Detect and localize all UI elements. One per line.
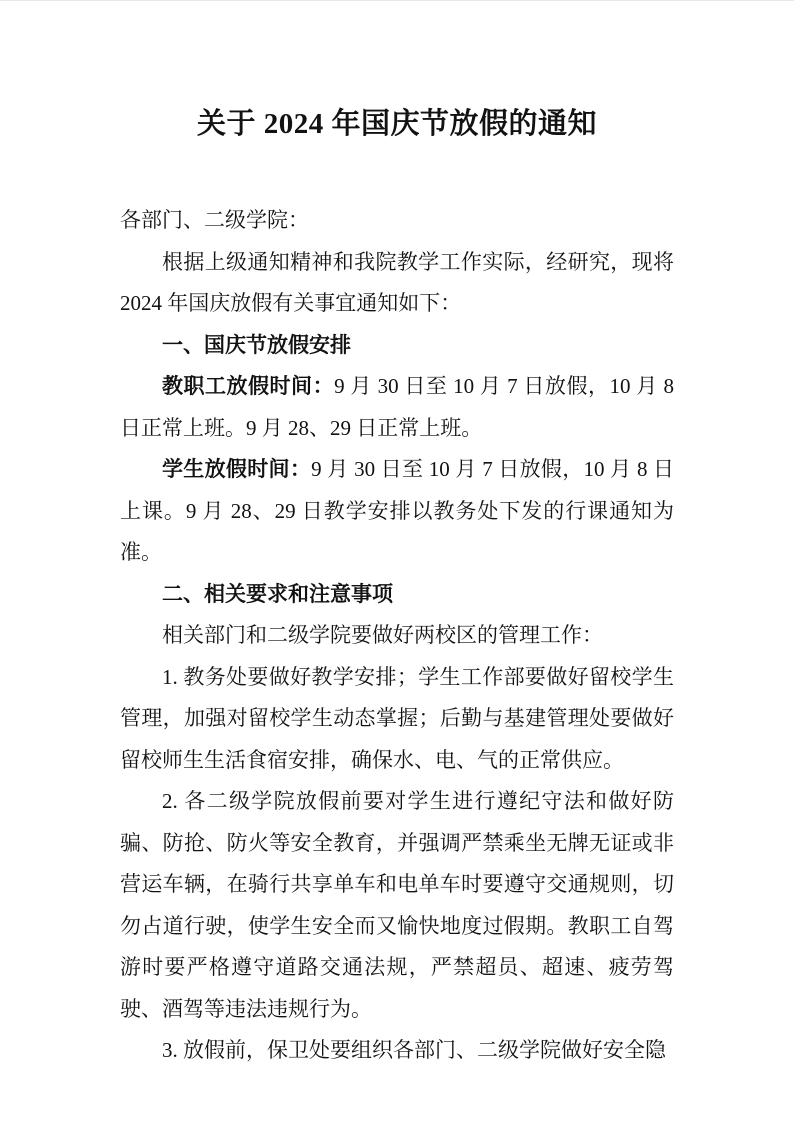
intro-paragraph: 根据上级通知精神和我院教学工作实际，经研究，现将 2024 年国庆放假有关事宜通… [120,242,674,325]
student-holiday-label: 学生放假时间： [162,457,311,481]
section2-item2-paragraph: 2. 各二级学院放假前要对学生进行遵纪守法和做好防骗、防抢、防火等安全教育，并强… [120,781,674,1030]
staff-holiday-label: 教职工放假时间： [162,374,334,398]
salutation: 各部门、二级学院： [120,200,674,242]
section2-heading: 二、相关要求和注意事项 [120,574,674,616]
section2-item3-paragraph: 3. 放假前，保卫处要组织各部门、二级学院做好安全隐 [120,1030,674,1072]
section1-heading: 一、国庆节放假安排 [120,325,674,367]
section2-lead-paragraph: 相关部门和二级学院要做好两校区的管理工作： [120,615,674,657]
section2-item1-paragraph: 1. 教务处要做好教学安排；学生工作部要做好留校学生管理，加强对留校学生动态掌握… [120,657,674,782]
document-page: 关于 2024 年国庆节放假的通知 各部门、二级学院： 根据上级通知精神和我院教… [0,0,794,1122]
document-content: 关于 2024 年国庆节放假的通知 各部门、二级学院： 根据上级通知精神和我院教… [120,100,674,1072]
staff-holiday-paragraph: 教职工放假时间：9 月 30 日至 10 月 7 日放假，10 月 8 日正常上… [120,366,674,449]
document-title: 关于 2024 年国庆节放假的通知 [120,100,674,148]
student-holiday-paragraph: 学生放假时间：9 月 30 日至 10 月 7 日放假，10 月 8 日上课。9… [120,449,674,574]
